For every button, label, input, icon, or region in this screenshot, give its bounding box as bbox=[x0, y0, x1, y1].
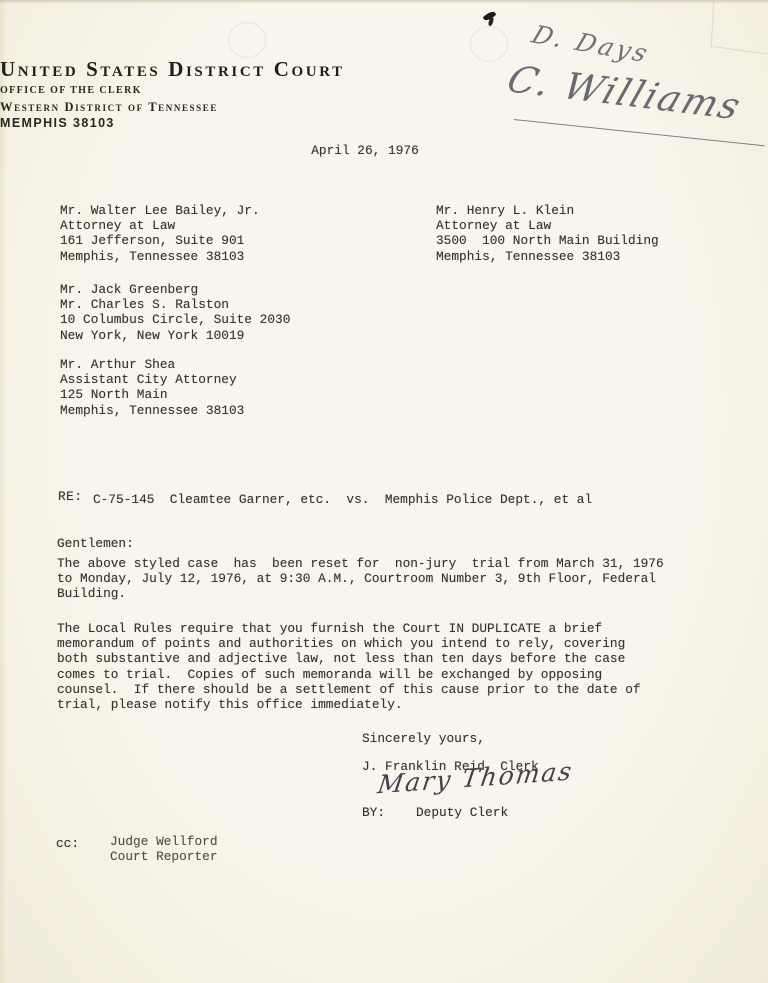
by-label: BY: bbox=[362, 805, 385, 820]
cc-names: Judge Wellford Court Reporter bbox=[110, 834, 218, 864]
salutation: Gentlemen: bbox=[57, 536, 134, 551]
fold-crease-vertical bbox=[711, 2, 714, 49]
re-label: RE: bbox=[58, 489, 83, 504]
recipient-block-greenberg-ralston: Mr. Jack Greenberg Mr. Charles S. Ralsto… bbox=[60, 282, 290, 343]
recipient-block-klein: Mr. Henry L. Klein Attorney at Law 3500 … bbox=[436, 203, 659, 264]
fold-crease-horizontal bbox=[713, 46, 768, 55]
body-paragraph-2: The Local Rules require that you furnish… bbox=[57, 621, 641, 712]
letter-date: April 26, 1976 bbox=[0, 143, 730, 158]
recipient-block-bailey: Mr. Walter Lee Bailey, Jr. Attorney at L… bbox=[60, 203, 260, 264]
valediction: Sincerely yours, bbox=[362, 731, 485, 746]
letter-page: United States District Court OFFICE OF T… bbox=[0, 0, 768, 983]
cc-label: cc: bbox=[56, 836, 79, 851]
by-title: Deputy Clerk bbox=[416, 805, 508, 820]
hole-punch-left bbox=[228, 22, 266, 58]
scan-edge-top bbox=[0, 0, 768, 4]
re-case-line: C-75-145 Cleamtee Garner, etc. vs. Memph… bbox=[93, 492, 592, 507]
recipient-block-shea: Mr. Arthur Shea Assistant City Attorney … bbox=[60, 357, 244, 418]
body-paragraph-1: The above styled case has been reset for… bbox=[57, 556, 664, 602]
